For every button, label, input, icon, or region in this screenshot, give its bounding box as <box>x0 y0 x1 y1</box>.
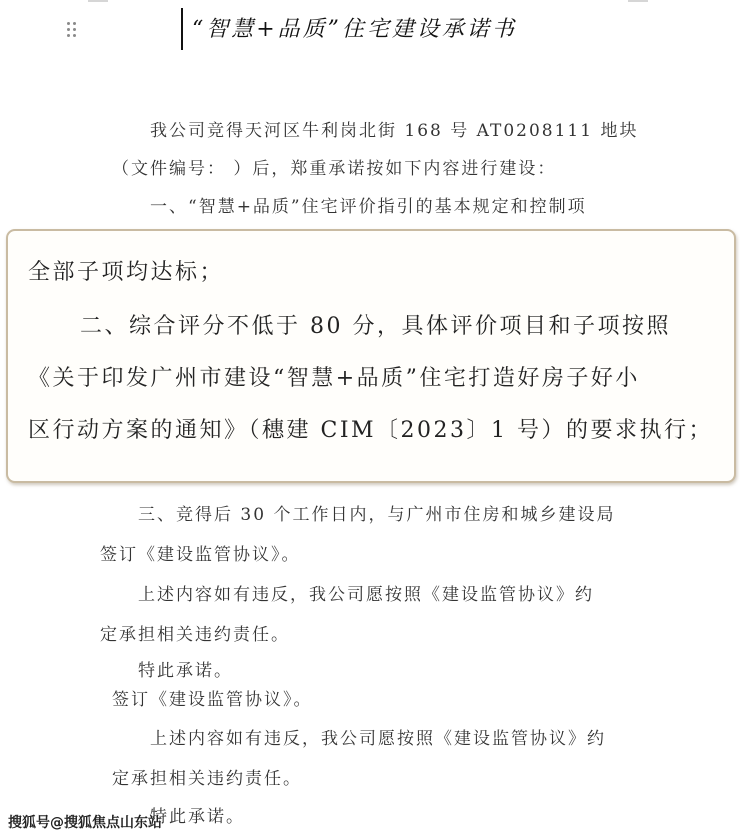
intro-line-3: 一、“智慧+品质”住宅评价指引的基本规定和控制项 <box>150 192 587 217</box>
body-line-4: 定承担相关违约责任。 <box>100 620 290 645</box>
text-cursor <box>181 8 183 50</box>
document-title[interactable]: “智慧+品质”住宅建设承诺书 <box>192 12 517 43</box>
watermark: 搜狐号@搜狐焦点山东站 <box>8 812 162 832</box>
body-line-7: 上述内容如有违反，我公司愿按照《建设监管协议》约 <box>150 724 606 749</box>
body-line-9: 特此承诺。 <box>150 802 245 827</box>
intro-line-2: （文件编号： ）后，郑重承诺按如下内容进行建设： <box>112 154 556 179</box>
highlight-line-3: 《关于印发广州市建设“智慧+品质”住宅打造好房子好小 <box>28 361 640 392</box>
body-line-6: 签订《建设监管协议》。 <box>112 685 313 710</box>
body-line-1: 三、竞得后 30 个工作日内，与广州市住房和城乡建设局 <box>138 500 615 525</box>
page-edge-mark-left <box>88 0 108 2</box>
body-line-8: 定承担相关违约责任。 <box>112 764 302 789</box>
highlight-line-2: 二、综合评分不低于 80 分，具体评价项目和子项按照 <box>80 309 671 340</box>
intro-line-1: 我公司竞得天河区牛利岗北街 168 号 AT0208111 地块 <box>150 116 638 141</box>
grip-dots-icon[interactable] <box>67 22 77 38</box>
highlight-line-4: 区行动方案的通知》（穗建 CIM〔2023〕1 号）的要求执行； <box>28 413 713 444</box>
highlight-line-1: 全部子项均达标； <box>28 255 224 286</box>
body-line-3: 上述内容如有违反，我公司愿按照《建设监管协议》约 <box>138 580 594 605</box>
page-edge-mark-right <box>628 0 648 2</box>
body-line-2: 签订《建设监管协议》。 <box>100 540 301 565</box>
highlight-callout: 全部子项均达标； 二、综合评分不低于 80 分，具体评价项目和子项按照 《关于印… <box>6 229 736 483</box>
body-line-5: 特此承诺。 <box>138 656 233 681</box>
